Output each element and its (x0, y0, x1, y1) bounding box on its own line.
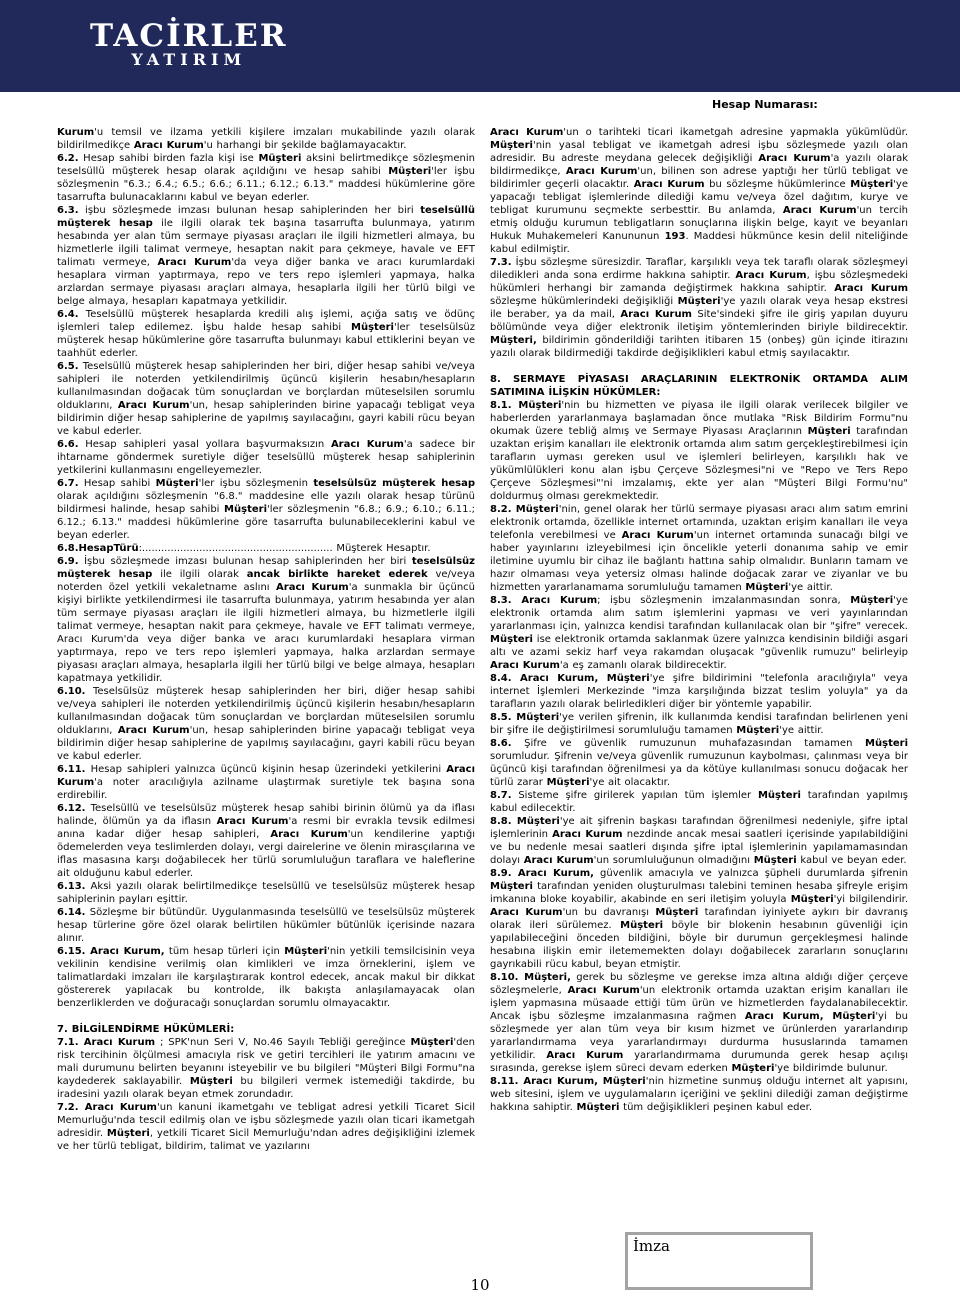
contract-paragraph: 8.2. Müşteri'nin, genel olarak her türlü… (490, 503, 908, 594)
contract-paragraph: 8.6. Şifre ve güvenlik rumuzunun muhafaz… (490, 737, 908, 789)
account-number-label: Hesap Numarası: (712, 98, 818, 111)
contract-paragraph: 8.10. Müşteri, gerek bu sözleşme ve gere… (490, 971, 908, 1075)
contract-body: Kurum'u temsil ve ilzama yetkili kişiler… (57, 126, 908, 1153)
contract-paragraph: 6.7. Hesap sahibi Müşteri'ler işbu sözle… (57, 477, 475, 542)
contract-paragraph: 6.4. Teselsüllü müşterek hesaplarda kred… (57, 308, 475, 360)
contract-paragraph: 6.5. Teselsüllü müşterek hesap sahipleri… (57, 360, 475, 438)
left-column: Kurum'u temsil ve ilzama yetkili kişiler… (57, 126, 475, 1153)
contract-paragraph: 6.10. Teselsülsüz müşterek hesap sahiple… (57, 685, 475, 763)
contract-paragraph: 6.12. Teselsüllü ve teselsülsüz müşterek… (57, 802, 475, 880)
signature-box-label: İmza (633, 1237, 670, 1255)
contract-paragraph: 6.3. işbu sözleşmede imzası bulunan hesa… (57, 204, 475, 308)
contract-paragraph: 8.4. Aracı Kurum, Müşteri'ye şifre bildi… (490, 672, 908, 711)
contract-paragraph: 8.8. Müşteri'ye ait şifrenin başkası tar… (490, 815, 908, 867)
contract-paragraph: 6.8.HesapTürü:..........................… (57, 542, 475, 555)
contract-paragraph: Kurum'u temsil ve ilzama yetkili kişiler… (57, 126, 475, 152)
document-page: TACİRLER YATIRIM Hesap Numarası: Kurum'u… (0, 0, 960, 1301)
contract-paragraph: 8.1. Müşteri'nin bu hizmetten ve piyasa … (490, 399, 908, 503)
contract-paragraph: 8.7. Sisteme şifre girilerek yapılan tüm… (490, 789, 908, 815)
logo-wordmark: TACİRLER (90, 20, 288, 52)
contract-paragraph: Aracı Kurum'un o tarihteki ticari ikamet… (490, 126, 908, 256)
tacirler-yatirim-logo: TACİRLER YATIRIM (90, 20, 288, 68)
contract-paragraph: 7.2. Aracı Kurum'un kanuni ikametgahı ve… (57, 1101, 475, 1153)
contract-paragraph: 8.9. Aracı Kurum, güvenlik amacıyla ve y… (490, 867, 908, 971)
contract-paragraph: 8.11. Aracı Kurum, Müşteri'nin hizmetine… (490, 1075, 908, 1114)
section-heading: 8. SERMAYE PİYASASI ARAÇLARININ ELEKTRON… (490, 373, 908, 399)
contract-paragraph: 6.6. Hesap sahipleri yasal yollara başvu… (57, 438, 475, 477)
contract-paragraph: 8.5. Müşteri'ye verilen şifrenin, ilk ku… (490, 711, 908, 737)
contract-paragraph: 8.3. Aracı Kurum; işbu sözleşmenin imzal… (490, 594, 908, 672)
contract-paragraph: 7.1. Aracı Kurum ; SPK'nun Seri V, No.46… (57, 1036, 475, 1101)
contract-paragraph: 6.2. Hesap sahibi birden fazla kişi ise … (57, 152, 475, 204)
contract-paragraph: 6.9. İşbu sözleşmede imzası bulunan hesa… (57, 555, 475, 685)
contract-paragraph: 6.14. Sözleşme bir bütündür. Uygulanması… (57, 906, 475, 945)
contract-paragraph: 6.11. Hesap sahipleri yalnızca üçüncü ki… (57, 763, 475, 802)
section-heading: 7. BİLGİLENDİRME HÜKÜMLERİ: (57, 1023, 475, 1036)
contract-paragraph: 7.3. İşbu sözleşme süresizdir. Taraflar,… (490, 256, 908, 360)
contract-paragraph: 6.15. Aracı Kurum, tüm hesap türleri içi… (57, 945, 475, 1010)
page-number: 10 (0, 1276, 960, 1294)
contract-paragraph: 6.13. Aksi yazılı olarak belirtilmedikçe… (57, 880, 475, 906)
header-band: TACİRLER YATIRIM (0, 0, 960, 92)
right-column: Aracı Kurum'un o tarihteki ticari ikamet… (490, 126, 908, 1153)
